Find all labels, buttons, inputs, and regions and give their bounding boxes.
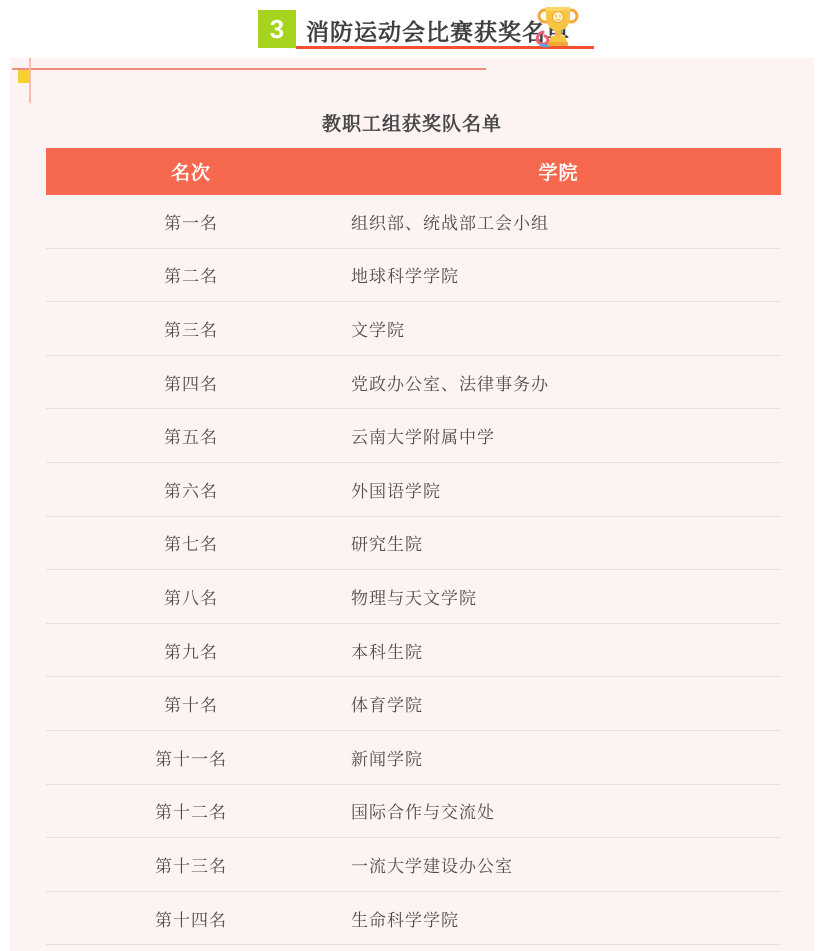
rank-cell: 第一名 [46, 195, 336, 248]
award-table: 名次 学院 第一名组织部、统战部工会小组第二名地球科学学院第三名文学院第四名党政… [46, 148, 781, 945]
decoration-horizontal-line [12, 68, 486, 70]
table-row: 第四名党政办公室、法律事务办 [46, 356, 781, 410]
table-row: 第十一名新闻学院 [46, 731, 781, 785]
table-row: 第五名云南大学附属中学 [46, 409, 781, 463]
column-header-rank: 名次 [46, 148, 336, 195]
table-row: 第十名体育学院 [46, 677, 781, 731]
rank-cell: 第五名 [46, 409, 336, 462]
table-row: 第九名本科生院 [46, 624, 781, 678]
table-row: 第七名研究生院 [46, 517, 781, 571]
rank-cell: 第七名 [46, 517, 336, 570]
table-header-row: 名次 学院 [46, 148, 781, 195]
rank-cell: 第三名 [46, 302, 336, 355]
rank-cell: 第九名 [46, 624, 336, 677]
trophy-icon [534, 3, 582, 53]
college-cell: 一流大学建设办公室 [336, 838, 781, 891]
rank-cell: 第十一名 [46, 731, 336, 784]
rank-cell: 第八名 [46, 570, 336, 623]
table-row: 第十四名生命科学学院 [46, 892, 781, 946]
table-row: 第三名文学院 [46, 302, 781, 356]
college-cell: 研究生院 [336, 517, 781, 570]
doc-title: 消防运动会比赛获奖名单 [306, 14, 570, 47]
table-row: 第二名地球科学学院 [46, 249, 781, 303]
rank-cell: 第二名 [46, 249, 336, 302]
rank-cell: 第四名 [46, 356, 336, 409]
rank-cell: 第十二名 [46, 785, 336, 838]
rank-cell: 第十名 [46, 677, 336, 730]
college-cell: 生命科学学院 [336, 892, 781, 945]
table-body: 第一名组织部、统战部工会小组第二名地球科学学院第三名文学院第四名党政办公室、法律… [46, 195, 781, 945]
rank-cell: 第十四名 [46, 892, 336, 945]
section-title: 教职工组获奖队名单 [10, 109, 814, 136]
college-cell: 新闻学院 [336, 731, 781, 784]
college-cell: 外国语学院 [336, 463, 781, 516]
section-number-badge: 3 [258, 10, 296, 48]
college-cell: 国际合作与交流处 [336, 785, 781, 838]
college-cell: 党政办公室、法律事务办 [336, 356, 781, 409]
rank-cell: 第六名 [46, 463, 336, 516]
page: 3 消防运动会比赛获奖名单 教职工组获奖队名单 [0, 0, 828, 951]
college-cell: 组织部、统战部工会小组 [336, 195, 781, 248]
college-cell: 地球科学学院 [336, 249, 781, 302]
column-header-college: 学院 [336, 148, 781, 195]
table-row: 第八名物理与天文学院 [46, 570, 781, 624]
rank-cell: 第十三名 [46, 838, 336, 891]
decoration-yellow-square [18, 70, 30, 83]
table-row: 第十二名国际合作与交流处 [46, 785, 781, 839]
college-cell: 本科生院 [336, 624, 781, 677]
college-cell: 体育学院 [336, 677, 781, 730]
college-cell: 云南大学附属中学 [336, 409, 781, 462]
college-cell: 物理与天文学院 [336, 570, 781, 623]
table-row: 第一名组织部、统战部工会小组 [46, 195, 781, 249]
table-row: 第六名外国语学院 [46, 463, 781, 517]
college-cell: 文学院 [336, 302, 781, 355]
content-panel: 教职工组获奖队名单 名次 学院 第一名组织部、统战部工会小组第二名地球科学学院第… [10, 58, 814, 951]
table-row: 第十三名一流大学建设办公室 [46, 838, 781, 892]
